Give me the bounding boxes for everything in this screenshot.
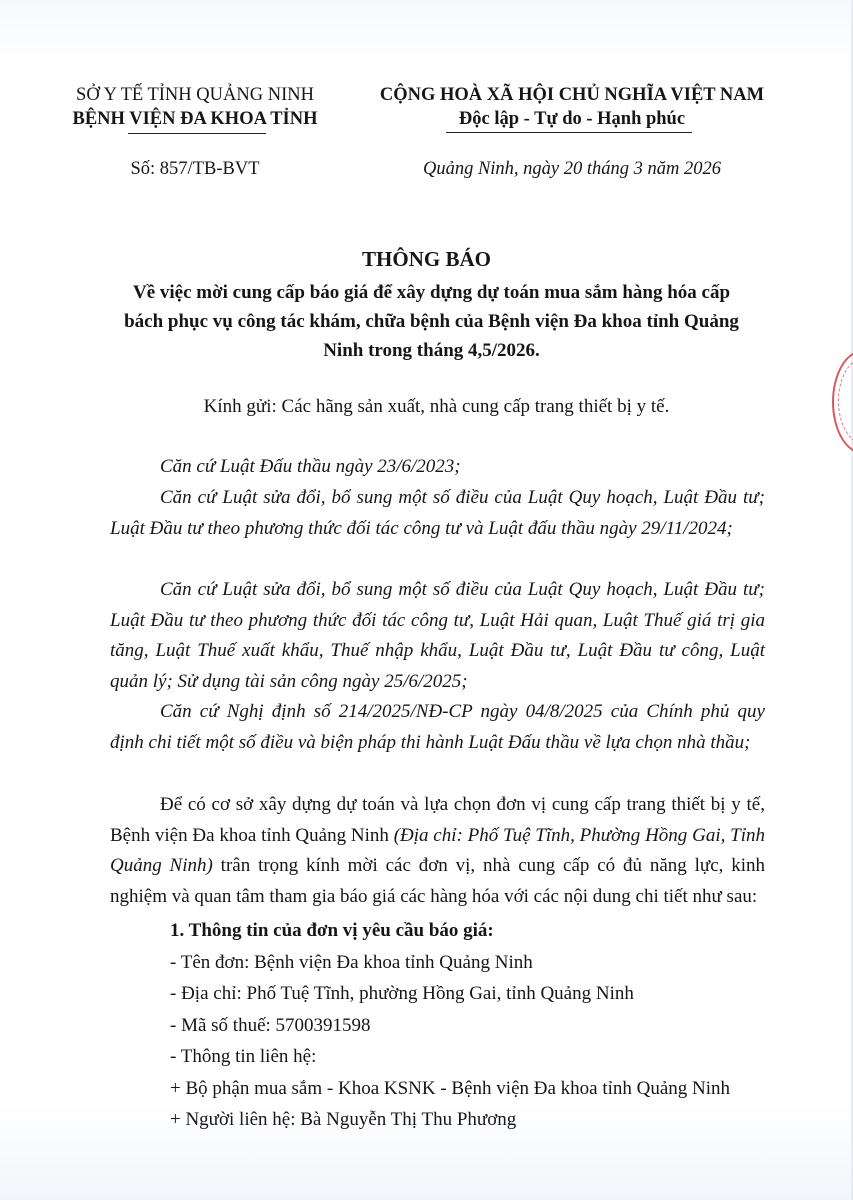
info-line-contact-header: - Thông tin liên hệ: bbox=[170, 1045, 316, 1069]
motto-underline bbox=[446, 132, 692, 133]
info-line-address: - Địa chỉ: Phố Tuệ Tĩnh, phường Hồng Gai… bbox=[170, 982, 634, 1006]
info-line-unit-name: - Tên đơn: Bệnh viện Đa khoa tỉnh Quảng … bbox=[170, 951, 533, 975]
intro-paragraph: Để có cơ sở xây dựng dự toán và lựa chọn… bbox=[110, 790, 765, 912]
section-1-heading: 1. Thông tin của đơn vị yêu cầu báo giá: bbox=[170, 920, 494, 942]
info-line-purchasing-dept: + Bộ phận mua sắm - Khoa KSNK - Bệnh việ… bbox=[170, 1077, 730, 1101]
organization-underline bbox=[128, 133, 266, 134]
info-line-contact-person: + Người liên hệ: Bà Nguyễn Thị Thu Phươn… bbox=[170, 1108, 516, 1132]
organization-name: BỆNH VIỆN ĐA KHOA TỈNH bbox=[60, 108, 330, 130]
legal-basis-1: Căn cứ Luật Đấu thầu ngày 23/6/2023; bbox=[110, 452, 765, 483]
document-title: THÔNG BÁO bbox=[0, 247, 853, 272]
recipient-line: Kính gửi: Các hãng sản xuất, nhà cung cấ… bbox=[0, 396, 853, 418]
legal-basis-2: Căn cứ Luật sửa đổi, bổ sung một số điều… bbox=[110, 483, 765, 544]
info-line-tax-code: - Mã số thuế: 5700391598 bbox=[170, 1014, 371, 1038]
place-date: Quảng Ninh, ngày 20 tháng 3 năm 2026 bbox=[362, 158, 782, 180]
legal-basis-3: Căn cứ Luật sửa đổi, bổ sung một số điều… bbox=[110, 575, 765, 697]
country-name: CỘNG HOÀ XÃ HỘI CHỦ NGHĨA VIỆT NAM bbox=[362, 84, 782, 106]
legal-basis-4: Căn cứ Nghị định số 214/2025/NĐ-CP ngày … bbox=[110, 697, 765, 758]
national-motto: Độc lập - Tự do - Hạnh phúc bbox=[362, 108, 782, 130]
agency-name: SỞ Y TẾ TỈNH QUẢNG NINH bbox=[60, 84, 330, 106]
document-number: Số: 857/TB-BVT bbox=[60, 158, 330, 180]
document-subtitle: Về việc mời cung cấp báo giá để xây dựng… bbox=[120, 278, 743, 365]
document-page: SỞ Y TẾ TỈNH QUẢNG NINH BỆNH VIỆN ĐA KHO… bbox=[0, 0, 853, 1200]
